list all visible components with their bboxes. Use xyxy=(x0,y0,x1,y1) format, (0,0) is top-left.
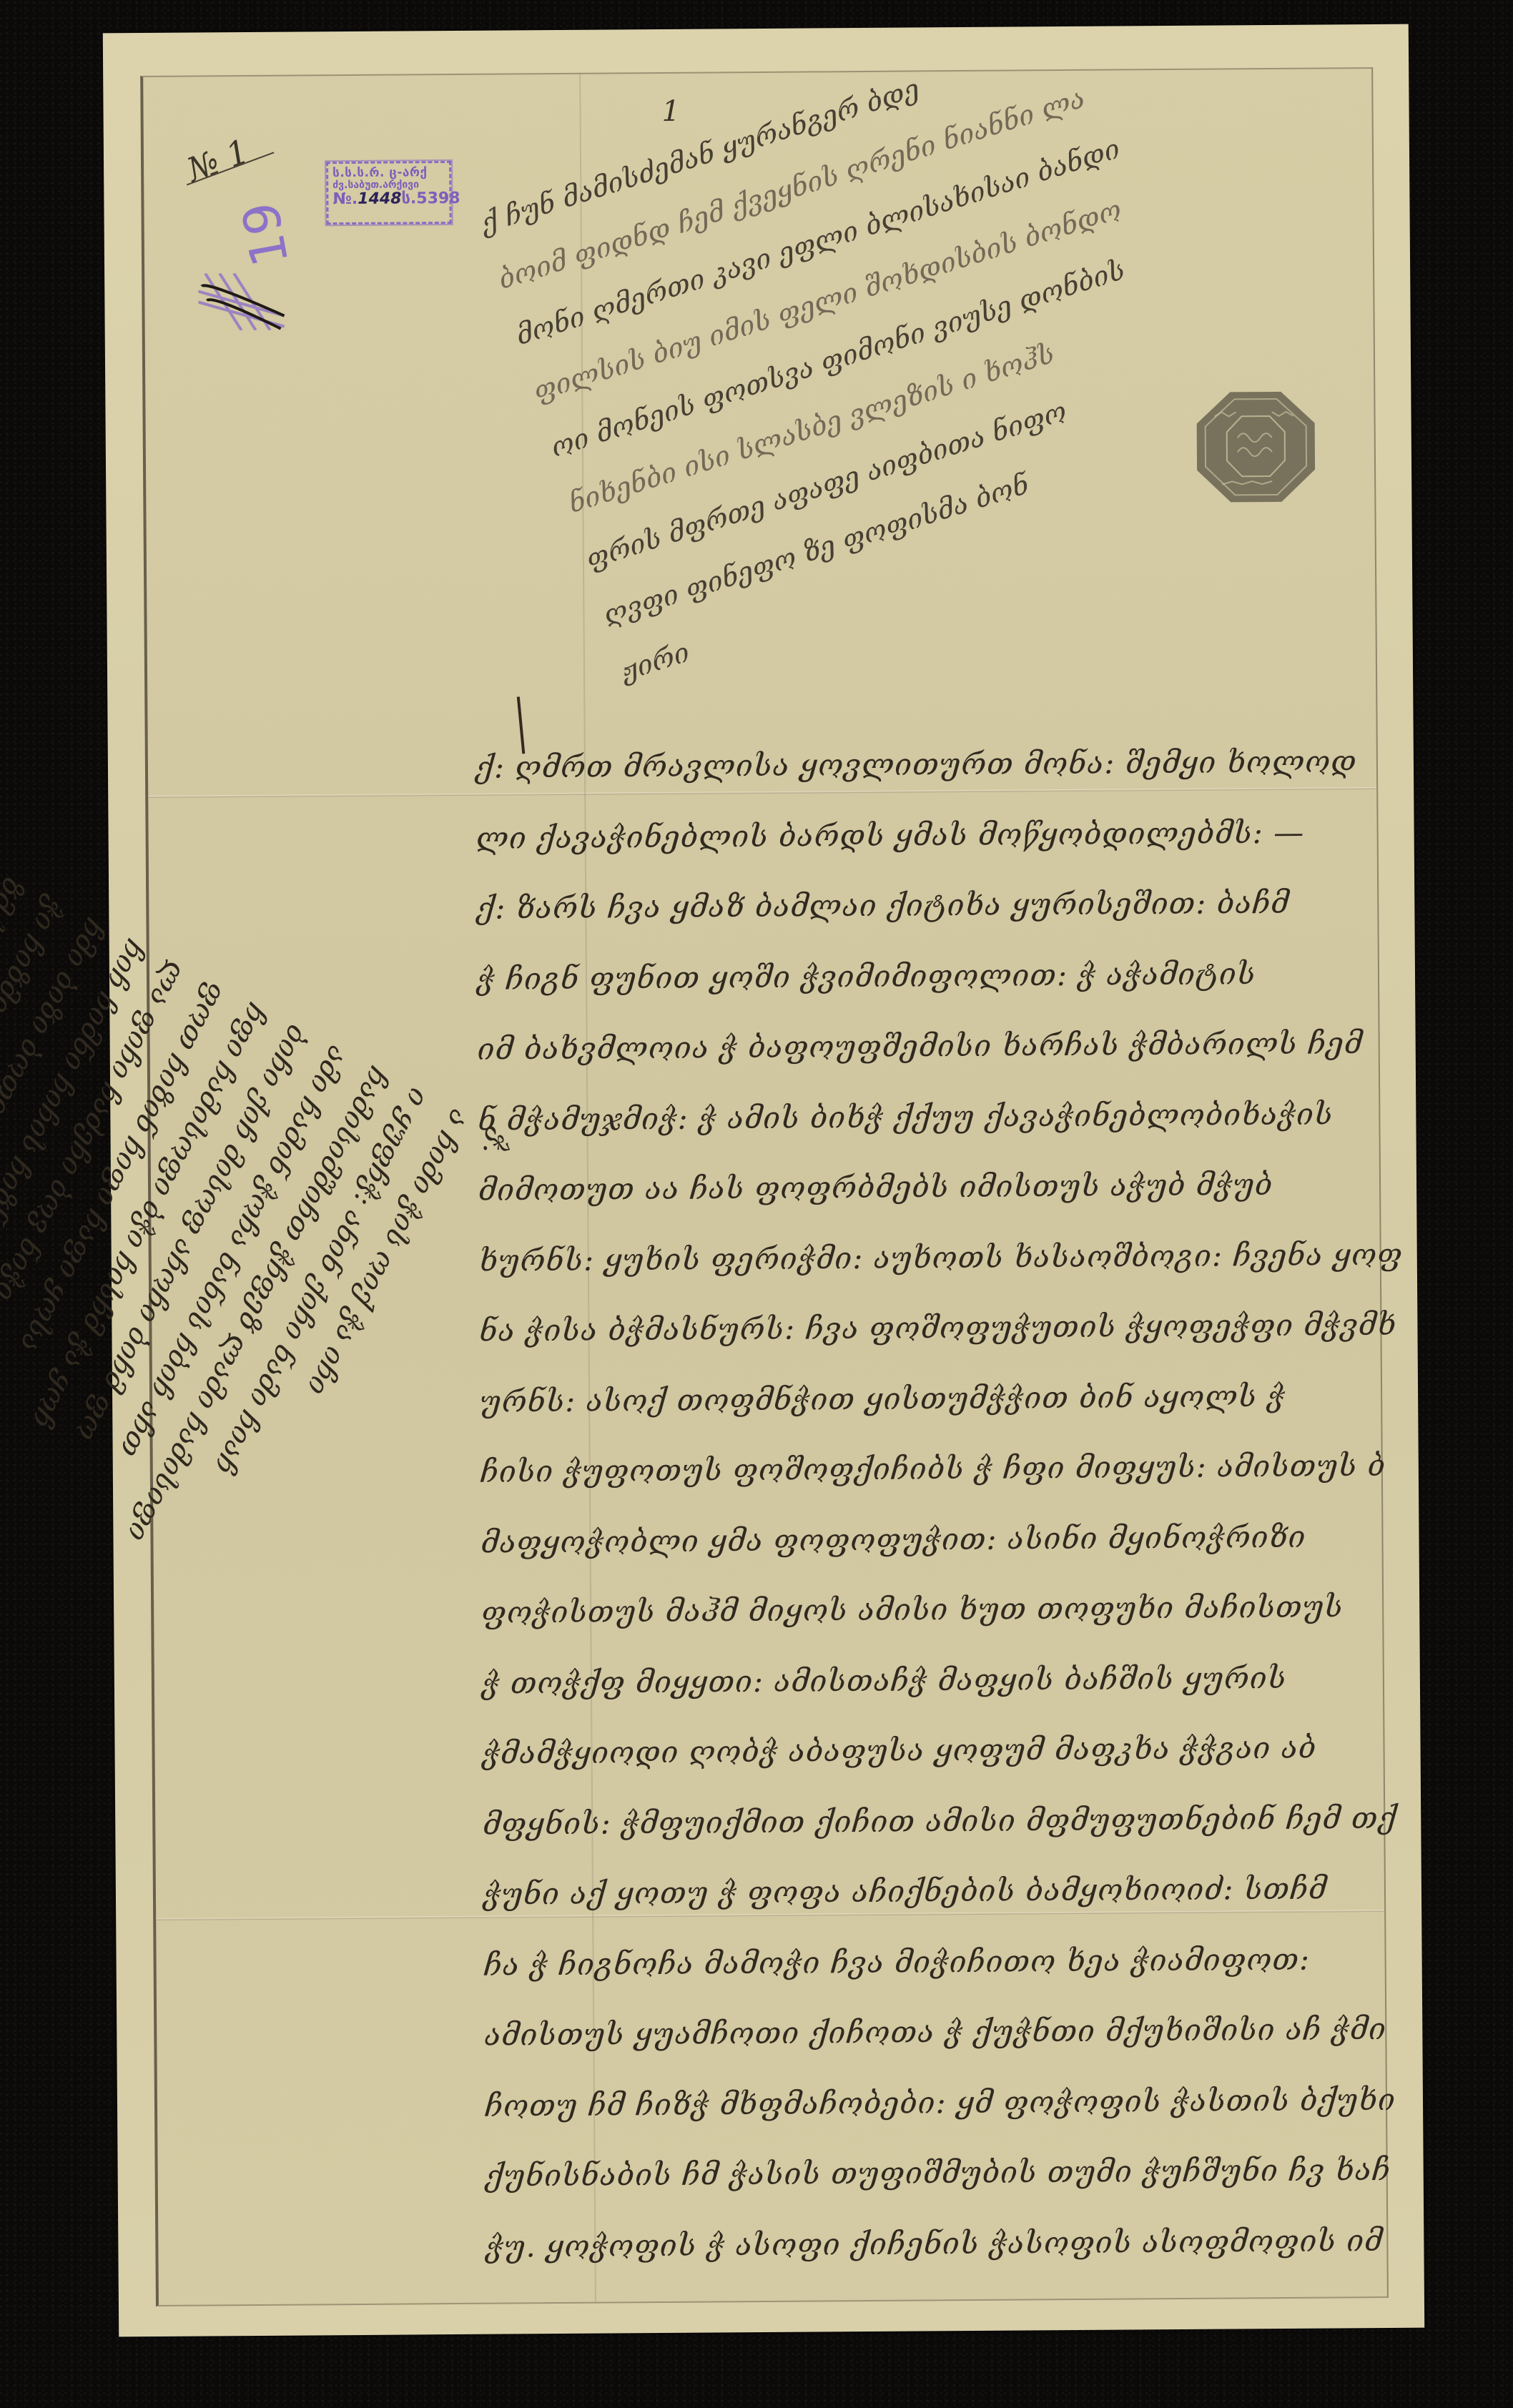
body-line: ჩა ჭ ჩიგნოჩა მამოჭი ჩვა მიჭიჩითო ხეა ჭია… xyxy=(483,1923,1414,2000)
body-line: ჭ ჩიგნ ფუნით ყოში ჭვიმიმიფოლით: ჭ აჭამიტ… xyxy=(477,937,1407,1015)
body-line: მფყნის: ჭმფუიქმით ქიჩით ამისი მფმუფუთნებ… xyxy=(483,1782,1413,1860)
body-line: ხურნს: ყუხის ფერიჭმი: აუხოთს ხასაოშბოგი:… xyxy=(478,1219,1409,1296)
body-line: მაფყოჭობლი ყმა ფოფოფუჭით: ასინი მყინოჭრი… xyxy=(480,1501,1411,1578)
page-number: 1 xyxy=(661,95,680,128)
body-line: ნ მჭამუჯმიჭ: ჭ ამის ბიხჭ ქქუუ ქავაჭინებლ… xyxy=(478,1078,1408,1155)
top-annotation-block: ქ ჩუნ მამისძემან ყურანგერ ბდე ბოიმ ფიდნდ… xyxy=(473,0,1483,700)
body-line: ნა ჭისა ბჭმასნურს: ჩვა ფოშოფუჭუთის ჭყოფე… xyxy=(479,1290,1409,1367)
crossed-hash-icon xyxy=(198,273,292,331)
body-line: ქ: ზარს ჩვა ყმაზ ბამლაი ქიტიხა ყურისეშით… xyxy=(476,867,1406,944)
stamp-item-number: 5398 xyxy=(416,189,460,207)
body-line: ჩისი ჭუფოთუს ფოშოფქიჩიბს ჭ ჩფი მიფყუს: ა… xyxy=(480,1431,1410,1508)
body-line: ფოჭისთუს მაჰმ მიყოს ამისი ხუთ თოფუხი მაჩ… xyxy=(481,1571,1411,1649)
page-inner-panel: № 1 19 ს.ს.ს.რ. ც-არქ ძვ.საბუთ.არქივი №.… xyxy=(140,67,1389,2306)
body-line: ჭმამჭყიოდი ღობჭ აბაფუსა ყოფუმ მაფკხა ჭჭგ… xyxy=(482,1712,1412,1790)
body-line: ქ: ღმრთ მრავლისა ყოვლითურთ მონა: შემყი ხ… xyxy=(475,726,1406,804)
octagonal-seal-icon xyxy=(1193,388,1319,506)
stamp-line-3: №.1448ს.5398 xyxy=(332,190,445,208)
body-line: ჭუნი აქ ყოთუ ჭ ფოფა აჩიქნების ბამყოხიოიძ… xyxy=(483,1853,1414,1930)
archive-stamp: ს.ს.ს.რ. ც-არქ ძვ.საბუთ.არქივი №.1448ს.5… xyxy=(326,161,452,224)
number-mark: № 1 xyxy=(182,132,254,189)
body-line: ლი ქავაჭინებლის ბარდს ყმას მოწყობდილებმს… xyxy=(475,796,1406,874)
manuscript-page: № 1 19 ს.ს.ს.რ. ც-არქ ძვ.საბუთ.არქივი №.… xyxy=(103,24,1424,2337)
body-line: ჭ თოჭქფ მიყყთი: ამისთაჩჭ მაფყის ბაჩშის ყ… xyxy=(482,1642,1412,1719)
body-line: იმ ბახვმლოია ჭ ბაფოუფშემისი ხარჩას ჭმბარ… xyxy=(477,1008,1407,1085)
main-text-body: ქ: ღმრთ მრავლისა ყოვლითურთ მონა: შემყი ხ… xyxy=(475,726,1416,2282)
purple-folio-number: 19 xyxy=(231,198,300,271)
body-line: ჭუ. ყოჭოფის ჭ ასოფი ქიჩენის ჭასოფის ასოფ… xyxy=(486,2205,1416,2282)
margin-annotation: ჭ. ა ჩიმი ჭის ოიქ ჭა იჩი ი ყუფჩჭ: ანინ ქ… xyxy=(0,868,523,2157)
stamp-fond-number: 1448 xyxy=(358,190,401,208)
body-line: ამისთუს ყუამჩოთი ქიჩოთა ჭ ქუჭნთი მქუხიში… xyxy=(484,1994,1414,2071)
body-line: ჩოთუ ჩმ ჩიზჭ მხფმაჩობები: ყმ ფოჭოფის ჭას… xyxy=(485,2064,1415,2141)
stamp-line-1: ს.ს.ს.რ. ც-არქ xyxy=(332,166,445,180)
body-line: ურნს: ასოქ თოფმნჭით ყისთუმჭჭით ბინ აყოლს… xyxy=(480,1360,1410,1437)
stamp-separator: ს. xyxy=(401,189,416,207)
body-line: ქუნისნაბის ჩმ ჭასის თუფიშმუბის თუმი ჭუჩშ… xyxy=(485,2135,1415,2212)
stamp-prefix: №. xyxy=(332,190,358,208)
body-line: მიმოთუთ აა ჩას ფოფრბმებს იმისთუს აჭუბ მჭ… xyxy=(478,1149,1409,1226)
